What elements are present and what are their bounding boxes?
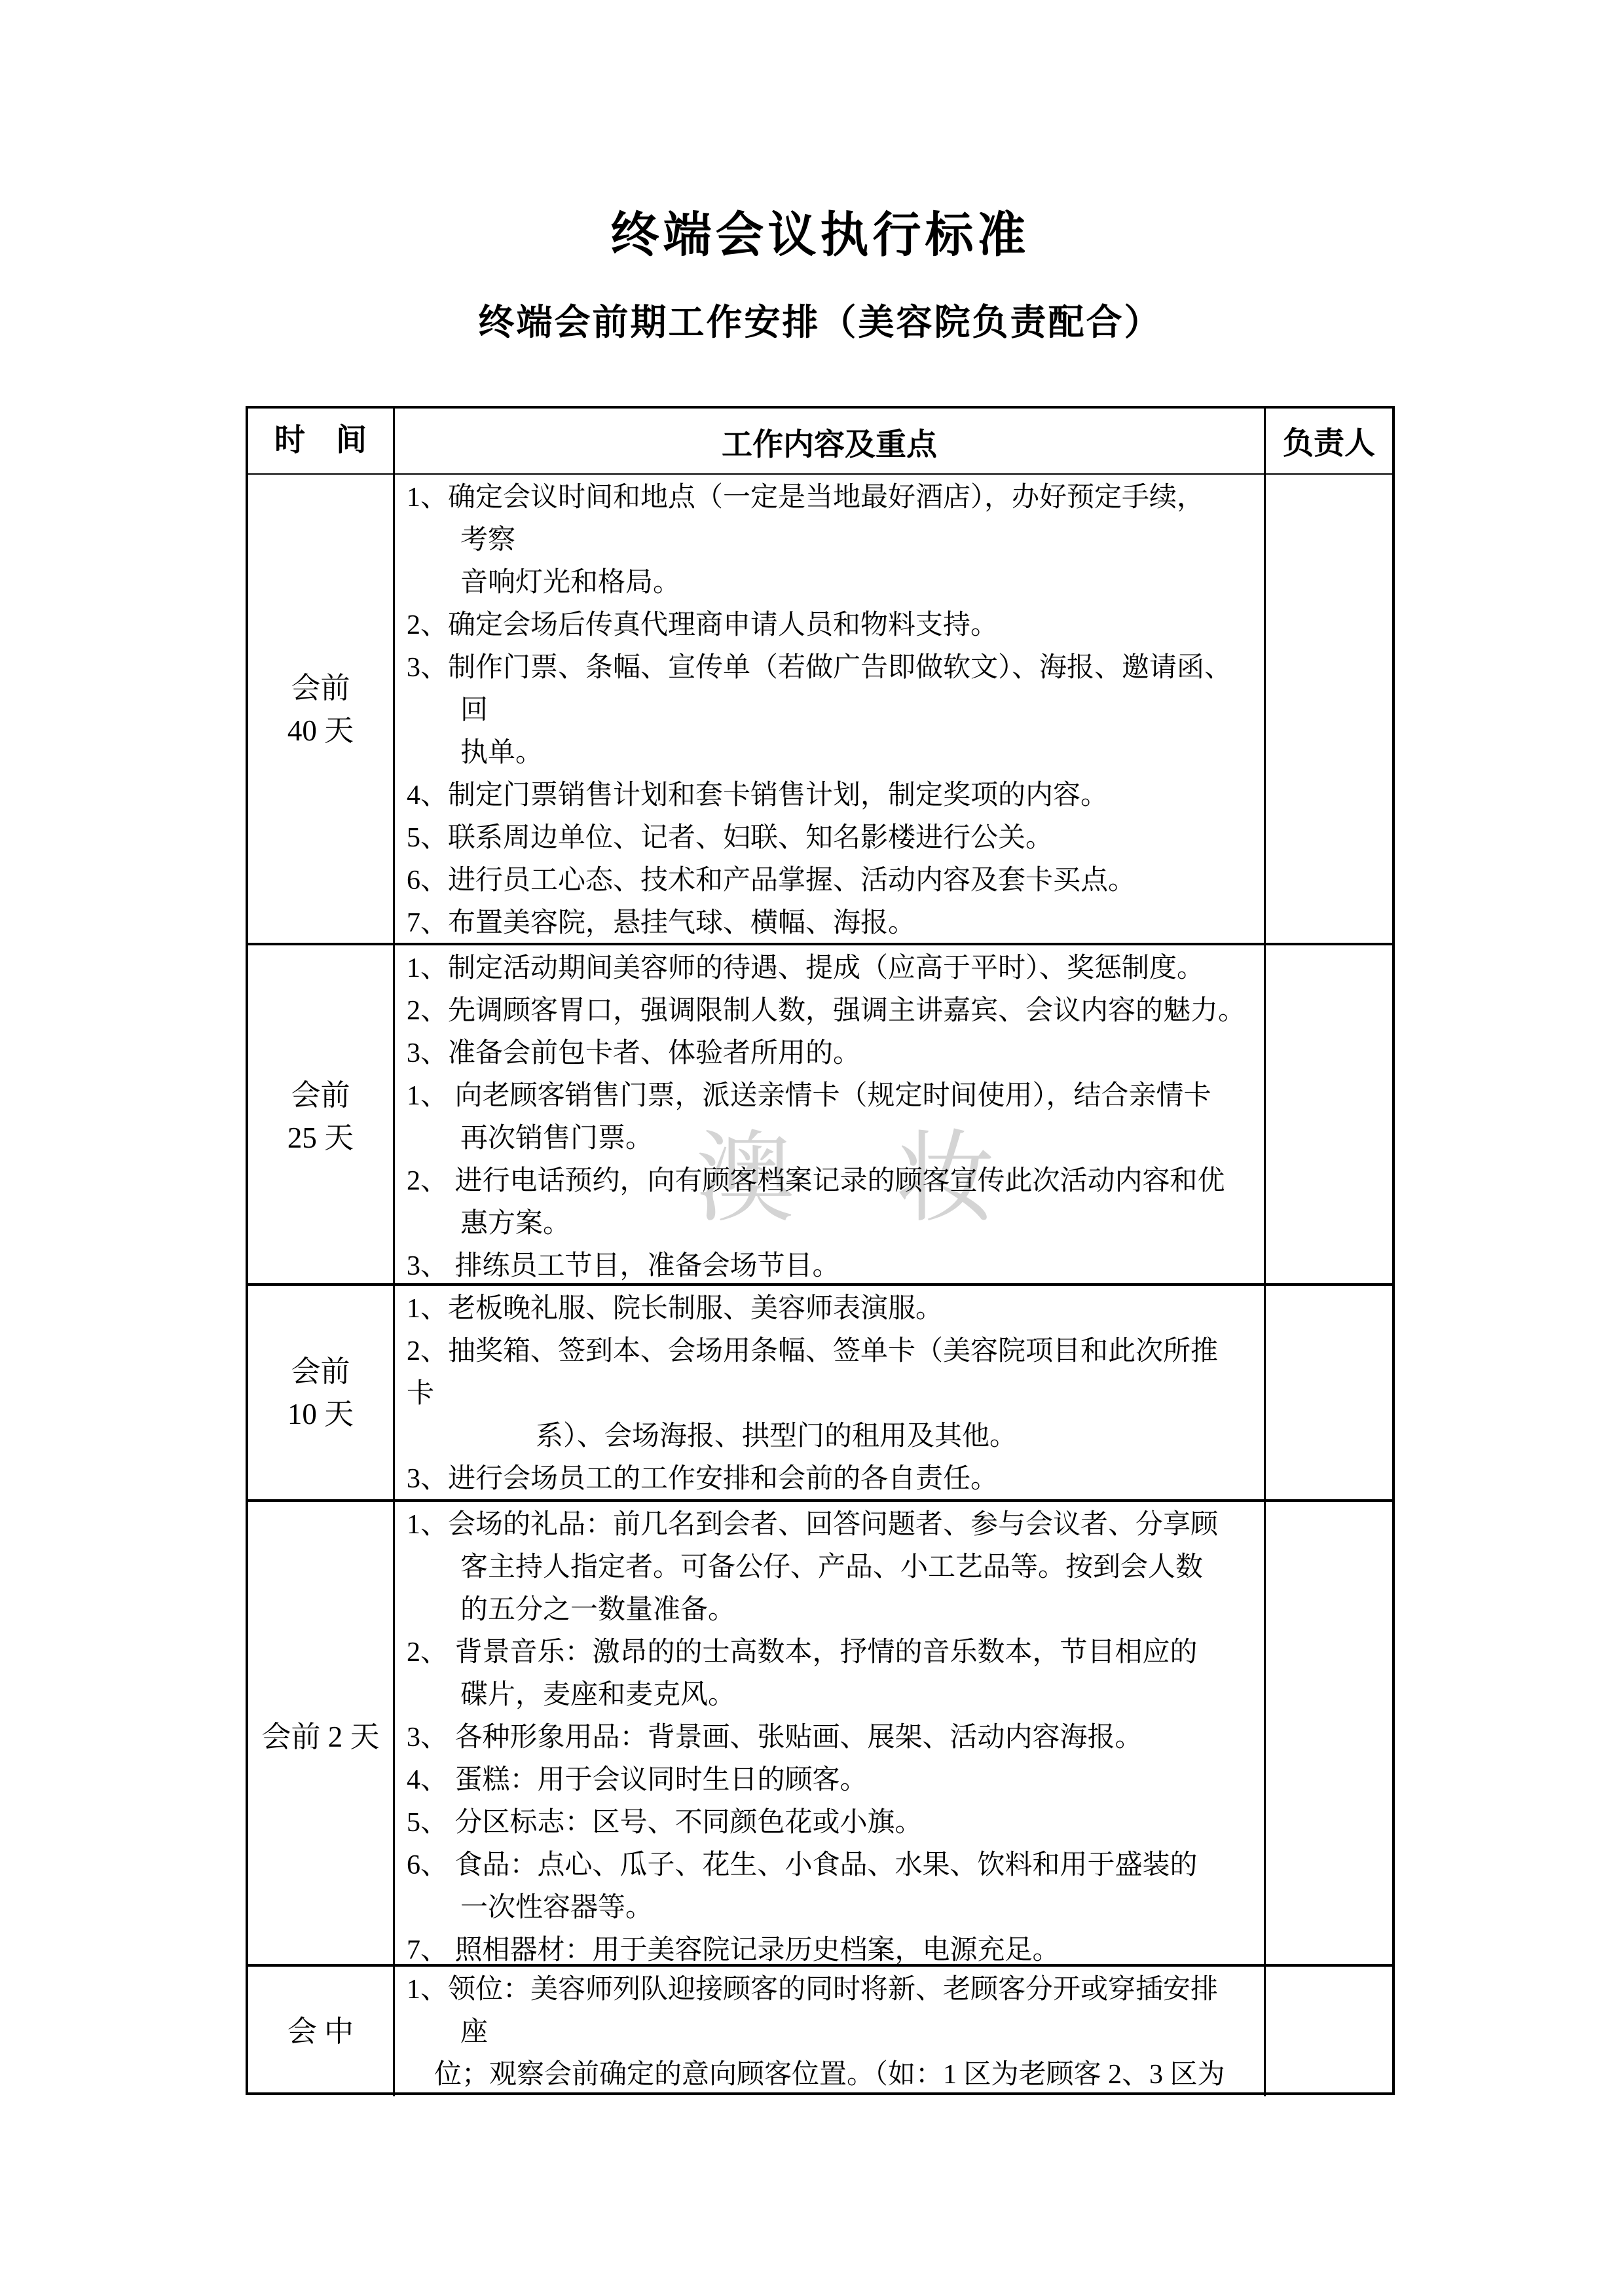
- content-line: 考察: [395, 519, 1264, 562]
- content-line: 1、领位：美容师列队迎接顾客的同时将新、老顾客分开或穿插安排: [395, 1969, 1264, 2011]
- content-cell: 1、确定会议时间和地点（一定是当地最好酒店），办好预定手续，考察音响灯光和格局。…: [395, 475, 1264, 945]
- content-line: 1、老板晚礼服、院长制服、美容师表演服。: [395, 1288, 1264, 1330]
- content-line: 4、 蛋糕：用于会议同时生日的顾客。: [395, 1759, 1264, 1802]
- table-header-row: 时 间 工作内容及重点 负责人: [248, 409, 1392, 475]
- content-line: 3、 排练员工节目，准备会场节目。: [395, 1245, 1264, 1288]
- content-line: 2、 进行电话预约，向有顾客档案记录的顾客宣传此次活动内容和优: [395, 1160, 1264, 1203]
- content-line: 2、先调顾客胃口，强调限制人数，强调主讲嘉宾、会议内容的魅力。: [395, 990, 1264, 1032]
- content-line: 系）、会场海报、拱型门的租用及其他。: [395, 1415, 1264, 1458]
- table-row: 会前10 天 1、老板晚礼服、院长制服、美容师表演服。2、抽奖箱、签到本、会场用…: [248, 1283, 1392, 1499]
- time-cell: 会前25 天: [248, 945, 395, 1288]
- content-line: 一次性容器等。: [395, 1887, 1264, 1929]
- time-label: 40 天: [287, 710, 354, 752]
- content-line: 的五分之一数量准备。: [395, 1589, 1264, 1631]
- content-line: 客主持人指定者。可备公仔、产品、小工艺品等。按到会人数: [395, 1546, 1264, 1589]
- content-line: 2、确定会场后传真代理商申请人员和物料支持。: [395, 604, 1264, 647]
- header-owner: 负责人: [1264, 409, 1392, 473]
- content-line: 1、 向老顾客销售门票，派送亲情卡（规定时间使用），结合亲情卡: [395, 1075, 1264, 1118]
- table-row: 会前40 天 1、确定会议时间和地点（一定是当地最好酒店），办好预定手续，考察音…: [248, 475, 1392, 943]
- content-line: 6、进行员工心态、技术和产品掌握、活动内容及套卡买点。: [395, 860, 1264, 902]
- header-content: 工作内容及重点: [395, 409, 1264, 473]
- content-line: 2、抽奖箱、签到本、会场用条幅、签单卡（美容院项目和此次所推: [395, 1330, 1264, 1373]
- content-line: 3、进行会场员工的工作安排和会前的各自责任。: [395, 1458, 1264, 1501]
- content-line: 音响灯光和格局。: [395, 562, 1264, 604]
- document-title: 终端会议执行标准: [246, 196, 1395, 266]
- owner-cell: [1264, 475, 1392, 945]
- content-line: 1、制定活动期间美容师的待遇、提成（应高于平时）、奖惩制度。: [395, 947, 1264, 990]
- time-label: 会前 2 天: [261, 1716, 379, 1758]
- time-cell: 会前 2 天: [248, 1502, 395, 1972]
- content-line: 碟片，麦座和麦克风。: [395, 1674, 1264, 1717]
- owner-cell: [1264, 1967, 1392, 2096]
- content-line: 3、 各种形象用品：背景画、张贴画、展架、活动内容海报。: [395, 1717, 1264, 1759]
- time-label: 10 天: [287, 1393, 354, 1436]
- time-label: 会前: [291, 1074, 350, 1117]
- owner-cell: [1264, 1502, 1392, 1972]
- content-line: 2、 背景音乐：激昂的的士高数本，抒情的音乐数本，节目相应的: [395, 1631, 1264, 1674]
- time-label: 会前: [291, 1351, 350, 1393]
- owner-cell: [1264, 945, 1392, 1288]
- document-page: 终端会议执行标准 终端会前期工作安排（美容院负责配合） 澳 妆 时 间 工作内容…: [0, 0, 1624, 2296]
- content-cell: 1、制定活动期间美容师的待遇、提成（应高于平时）、奖惩制度。2、先调顾客胃口，强…: [395, 945, 1264, 1288]
- content-line: 座: [395, 2011, 1264, 2054]
- table-body: 会前40 天 1、确定会议时间和地点（一定是当地最好酒店），办好预定手续，考察音…: [248, 475, 1392, 2092]
- time-cell: 会前40 天: [248, 475, 395, 945]
- content-cell: 1、会场的礼品：前几名到会者、回答问题者、参与会议者、分享顾客主持人指定者。可备…: [395, 1502, 1264, 1972]
- content-cell: 1、领位：美容师列队迎接顾客的同时将新、老顾客分开或穿插安排座位；观察会前确定的…: [395, 1967, 1264, 2096]
- content-line: 4、制定门票销售计划和套卡销售计划，制定奖项的内容。: [395, 774, 1264, 817]
- time-cell: 会 中: [248, 1967, 395, 2096]
- owner-cell: [1264, 1286, 1392, 1501]
- time-label: 会 中: [287, 2011, 354, 2053]
- table-row: 会前25 天 1、制定活动期间美容师的待遇、提成（应高于平时）、奖惩制度。2、先…: [248, 943, 1392, 1283]
- content-line: 3、制作门票、条幅、宣传单（若做广告即做软文）、海报、邀请函、: [395, 647, 1264, 689]
- content-line: 回: [395, 689, 1264, 732]
- content-line: 位；观察会前确定的意向顾客位置。（如：1 区为老顾客 2、3 区为: [395, 2054, 1264, 2096]
- document-subtitle: 终端会前期工作安排（美容院负责配合）: [246, 293, 1395, 345]
- time-label: 25 天: [287, 1117, 354, 1159]
- content-line: 惠方案。: [395, 1203, 1264, 1245]
- time-label: 会前: [291, 667, 350, 710]
- schedule-table: 时 间 工作内容及重点 负责人 会前40 天 1、确定会议时间和地点（一定是当地…: [246, 406, 1395, 2095]
- header-time: 时 间: [248, 409, 395, 473]
- content-line: 5、 分区标志：区号、不同颜色花或小旗。: [395, 1802, 1264, 1844]
- time-cell: 会前10 天: [248, 1286, 395, 1501]
- content-line: 1、确定会议时间和地点（一定是当地最好酒店），办好预定手续，: [395, 477, 1264, 519]
- content-line: 6、 食品：点心、瓜子、花生、小食品、水果、饮料和用于盛装的: [395, 1844, 1264, 1887]
- content-line: 5、联系周边单位、记者、妇联、知名影楼进行公关。: [395, 817, 1264, 860]
- table-row: 会前 2 天 1、会场的礼品：前几名到会者、回答问题者、参与会议者、分享顾客主持…: [248, 1499, 1392, 1964]
- content-line: 再次销售门票。: [395, 1118, 1264, 1160]
- content-line: 1、会场的礼品：前几名到会者、回答问题者、参与会议者、分享顾: [395, 1504, 1264, 1546]
- content-line: 3、准备会前包卡者、体验者所用的。: [395, 1032, 1264, 1075]
- content-line: 7、布置美容院，悬挂气球、横幅、海报。: [395, 902, 1264, 945]
- content-line: 卡: [395, 1373, 1264, 1415]
- content-line: 7、 照相器材：用于美容院记录历史档案，电源充足。: [395, 1929, 1264, 1972]
- content-line: 执单。: [395, 732, 1264, 774]
- content-cell: 1、老板晚礼服、院长制服、美容师表演服。2、抽奖箱、签到本、会场用条幅、签单卡（…: [395, 1286, 1264, 1501]
- table-row: 会 中 1、领位：美容师列队迎接顾客的同时将新、老顾客分开或穿插安排座位；观察会…: [248, 1964, 1392, 2092]
